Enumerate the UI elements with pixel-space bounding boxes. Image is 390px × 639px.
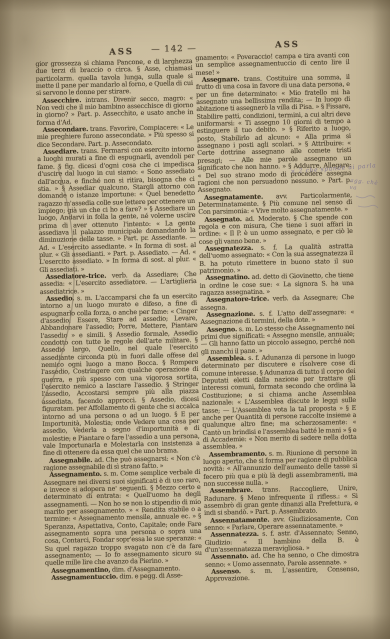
entry-headword: Assecondare.	[43, 125, 89, 134]
page-number: — 142 —	[151, 44, 197, 55]
dictionary-entry: gior grossezza si chiama Pancone, e di l…	[35, 58, 193, 98]
dictionary-entry: Assediare. trans. Fermarsi con esercito …	[37, 146, 196, 274]
entry-headword: Assegnatino.	[206, 273, 250, 282]
dictionary-entry: Assegnatezza. s. f. La qualità astratta …	[199, 243, 354, 275]
dictionary-entry: Assegnamentuccio. dim. e pegg. di Asse-	[45, 572, 202, 582]
dictionary-entry: Assegnamento. s. m. Come semplice verbal…	[43, 469, 202, 567]
dictionary-entry: Assecchire. intrans. Divenir secco, magr…	[36, 95, 194, 127]
entry-headword: Assennato.	[211, 552, 249, 561]
dictionary-entry: Assedio. s. m. L'accamparsi che fa un es…	[40, 293, 200, 458]
entry-headword: Assecchire.	[42, 96, 81, 105]
entry-headword: Assegno.	[206, 325, 237, 334]
dictionary-entry: Assembrare. trans. Raccogliere, Unire, R…	[204, 485, 359, 517]
entry-headword: Assediatore-trice.	[45, 272, 106, 281]
running-head-right: ASS	[275, 40, 300, 50]
entry-headword: Assegnabile.	[49, 456, 92, 465]
left-column: gior grossezza si chiama Pancone, e di l…	[35, 58, 202, 582]
right-column: gnamento: « Poveraccio! campa e tira ava…	[195, 52, 359, 584]
entry-headword: Assemblea.	[207, 354, 246, 363]
entry-headword: Assedio.	[46, 294, 74, 303]
dictionary-entry: Assegnare. trans. Costituire una somma, …	[196, 74, 352, 194]
entry-headword: Assegnamentuccio.	[51, 573, 118, 582]
page-content: ASS — 142 — ASS gior grossezza si chiama…	[0, 0, 390, 639]
entry-headword: Assennatamente.	[210, 515, 269, 524]
entry-headword: Assegnatore-trice.	[206, 295, 269, 304]
dictionary-entry: Assemblea. s. f. Adunanza di persone in …	[201, 353, 357, 451]
entry-headword: Assenso.	[211, 567, 241, 576]
entry-headword: Assediare.	[43, 147, 79, 156]
dictionary-entry: Assembramento. s. m. Riunione di persone…	[203, 448, 358, 488]
entry-headword: Assegnatamente.	[204, 192, 263, 201]
dictionary-entry: Assenso. s. m. L'assentire, Consenso, Ap…	[205, 566, 359, 584]
running-head-left: ASS	[109, 47, 134, 57]
entry-headword: Assembrare.	[210, 486, 253, 495]
entry-headword: Assembramento.	[209, 449, 267, 458]
pencil-marginalia-edge: agg. chè va	[349, 178, 386, 195]
entry-headword: Assegnamento.	[49, 470, 101, 479]
entry-headword: Assegnazione.	[206, 310, 255, 319]
entry-headword: Assegnato.	[204, 215, 241, 224]
entry-headword: Assennatezza.	[210, 530, 259, 539]
entry-headword: Assegnatezza.	[205, 244, 253, 253]
scanned-dictionary-page: ASS — 142 — ASS gior grossezza si chiama…	[0, 0, 390, 639]
dictionary-entry: Assegnato. ad. Moderato. § Che spende co…	[198, 214, 353, 246]
dictionary-entry: Assegno. s. m. Lo stesso che Assegnament…	[201, 324, 356, 356]
entry-headword: Assegnare.	[202, 75, 240, 84]
